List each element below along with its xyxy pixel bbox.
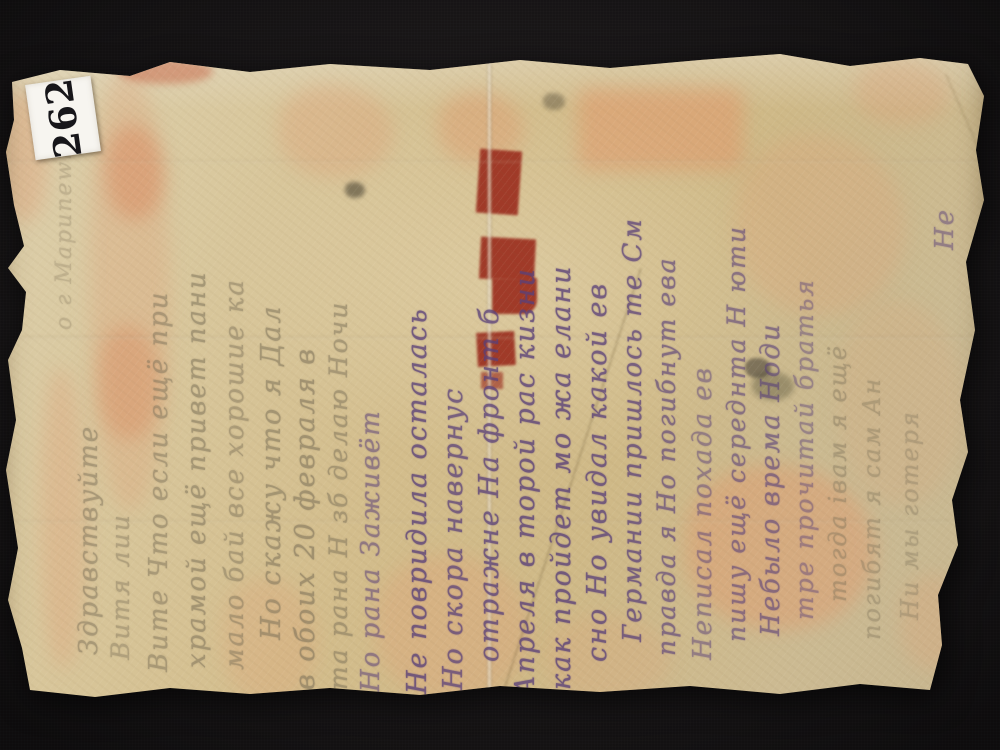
handwriting-line: ты пи <box>946 573 972 660</box>
inventory-label: 262 <box>25 76 101 160</box>
edge-shading <box>0 0 1000 750</box>
inventory-number: 262 <box>36 75 91 161</box>
photo-scene: о г МариnewrЗдравствуйтеВитя лииВите Что… <box>0 0 1000 750</box>
letter-paper: о г МариnewrЗдравствуйтеВитя лииВите Что… <box>0 0 1000 750</box>
paper-shadow-wrap: о г МариnewrЗдравствуйтеВитя лииВите Что… <box>0 0 1000 750</box>
